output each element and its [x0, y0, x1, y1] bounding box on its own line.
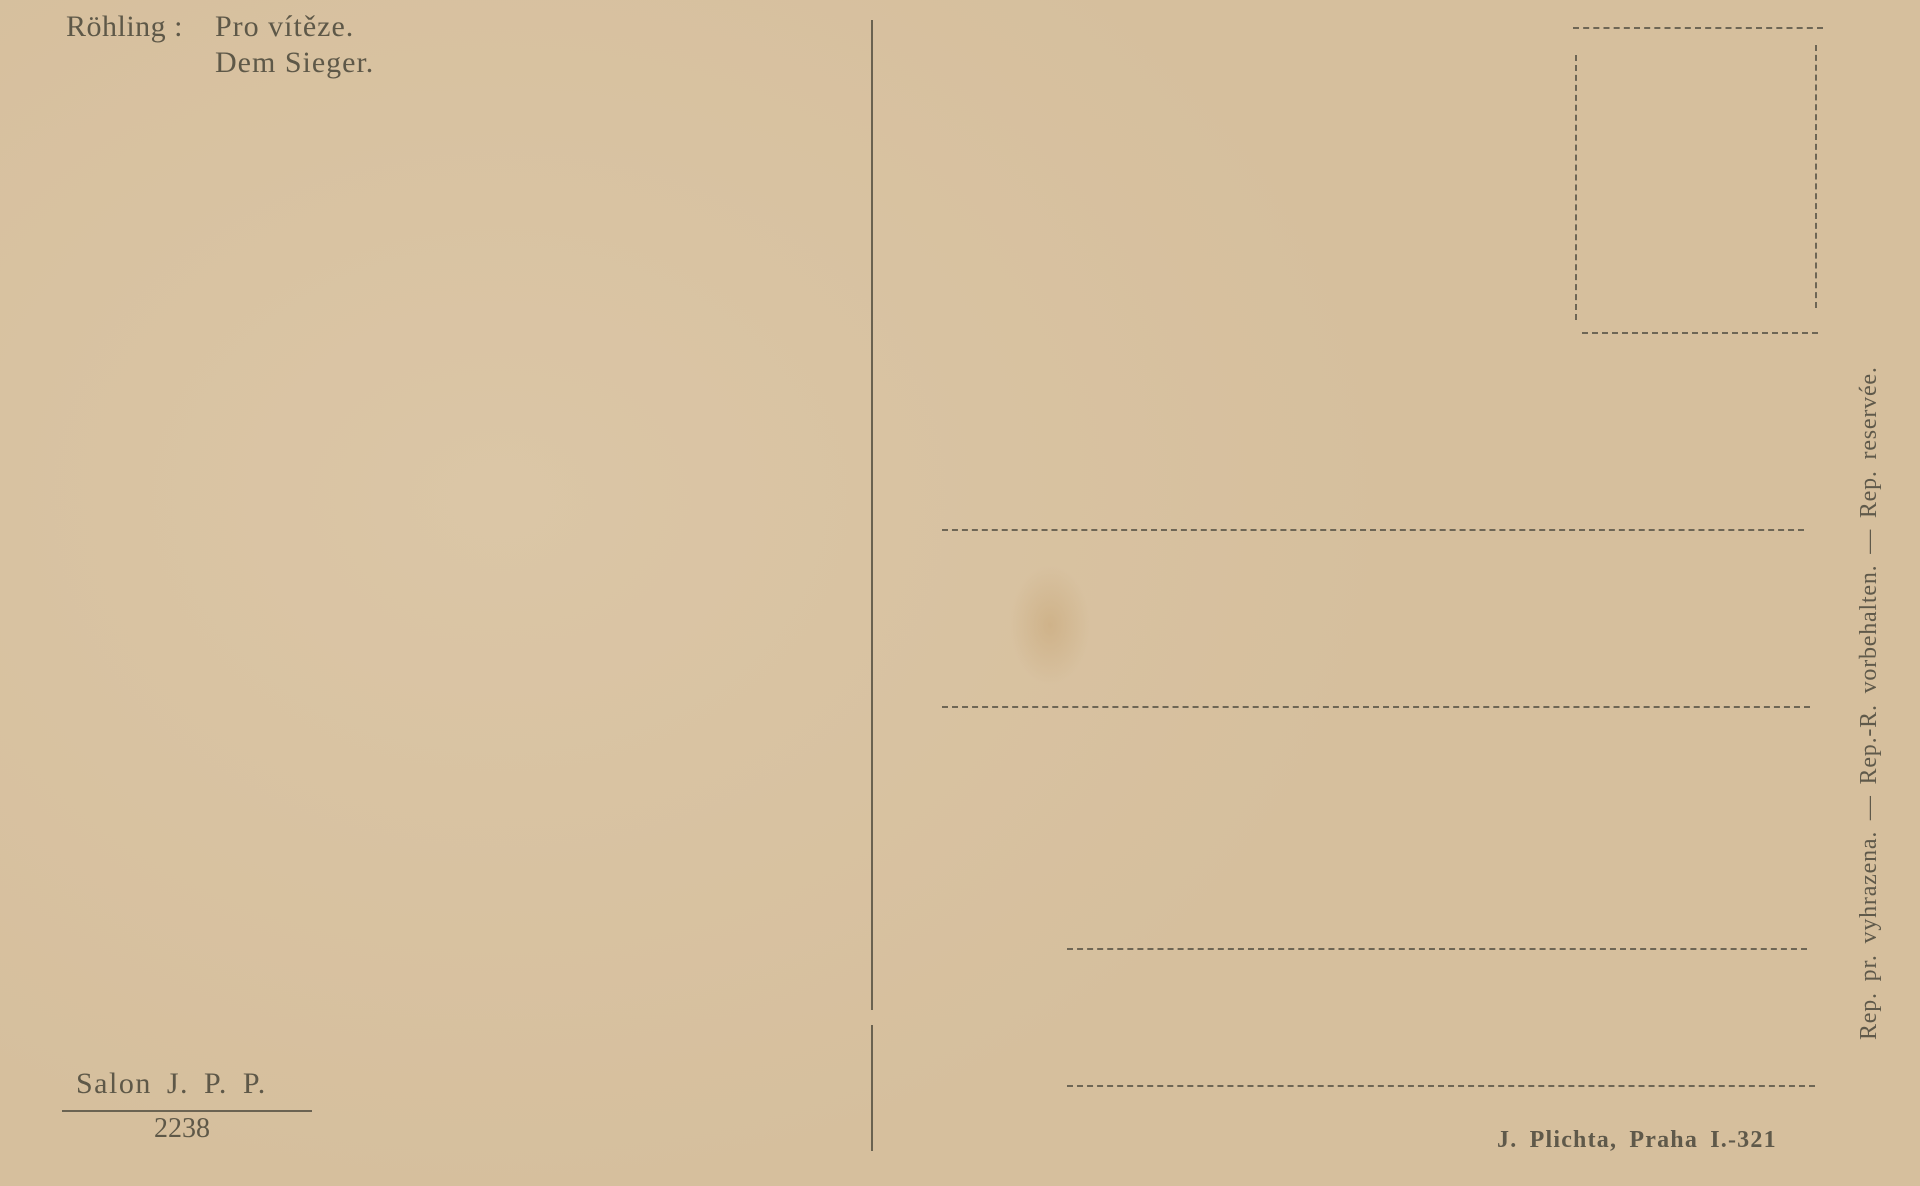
title-czech: Pro vítěze. [215, 10, 354, 44]
stamp-box-bottom [1582, 332, 1818, 334]
title-german: Dem Sieger. [215, 46, 374, 80]
reproduction-rights-notice: Rep. pr. vyhrazena. — Rep.-R. vorbehalte… [1856, 366, 1883, 1040]
postcard-back: Röhling : Pro vítěze. Dem Sieger. Salon … [0, 0, 1920, 1186]
stamp-box-left [1575, 55, 1577, 320]
stamp-box-top [1573, 27, 1823, 29]
center-divider [871, 20, 873, 1010]
series-label: Salon J. P. P. [76, 1067, 267, 1101]
publisher-imprint: J. Plichta, Praha I.-321 [1497, 1127, 1777, 1154]
center-divider-lower [871, 1025, 873, 1151]
address-line-4 [1067, 1085, 1815, 1087]
address-line-2 [942, 706, 1810, 708]
stamp-box-right [1815, 45, 1817, 308]
address-line-3 [1067, 948, 1807, 950]
artist-name: Röhling : [66, 10, 183, 44]
series-rule [62, 1110, 312, 1112]
address-line-1 [942, 529, 1804, 531]
series-number: 2238 [154, 1113, 210, 1145]
